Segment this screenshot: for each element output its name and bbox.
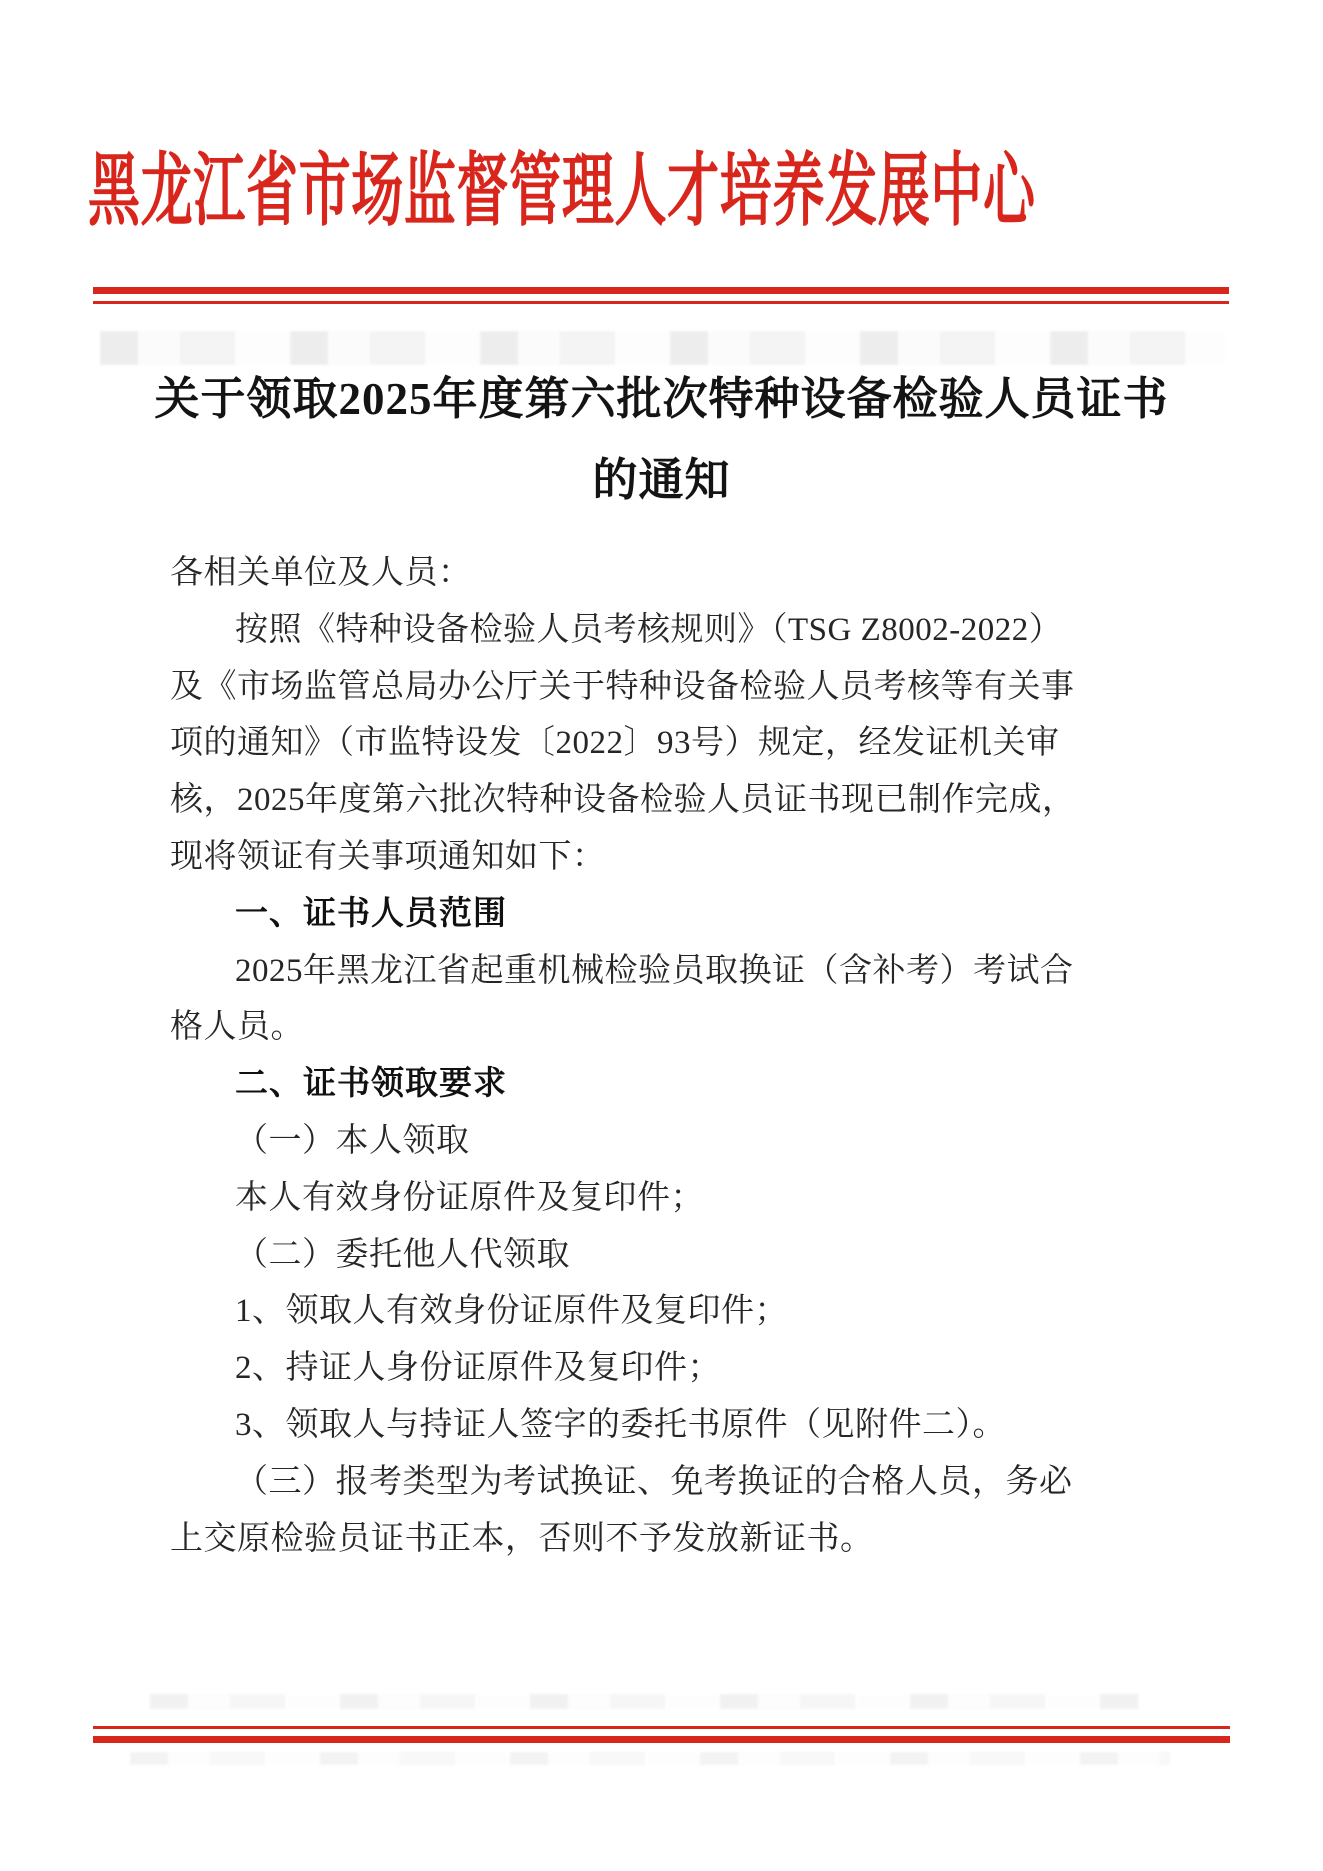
notice-document-page: 黑龙江省市场监督管理人才培养发展中心 关于领取2025年度第六批次特种设备检验人… (0, 0, 1323, 1871)
footer-rule-thin (93, 1726, 1230, 1729)
letterhead-rule-top-thick (93, 287, 1229, 294)
body-line: 各相关单位及人员： (170, 545, 970, 602)
body-line: （二）委托他人代领取 (170, 1227, 970, 1284)
body-line: 核，2025年度第六批次特种设备检验人员证书现已制作完成， (170, 772, 970, 829)
body-line: 上交原检验员证书正本，否则不予发放新证书。 (170, 1511, 970, 1568)
body-line: 按照《特种设备检验人员考核规则》（TSG Z8002-2022） (170, 602, 970, 659)
body-line: （一）本人领取 (170, 1113, 970, 1170)
body-line: 现将领证有关事项通知如下： (170, 829, 970, 886)
body-line: 项的通知》（市监特设发〔2022〕93号）规定，经发证机关审 (170, 715, 970, 772)
notice-title-line2: 的通知 (0, 453, 1323, 507)
body-line: 3、领取人与持证人签字的委托书原件（见附件二）。 (170, 1397, 970, 1454)
body-line: 2025年黑龙江省起重机械检验员取换证（含补考）考试合 (170, 943, 970, 1000)
notice-body: 各相关单位及人员：按照《特种设备检验人员考核规则》（TSG Z8002-2022… (170, 545, 970, 1567)
footer-rule-thick (93, 1736, 1230, 1743)
body-line: （三）报考类型为考试换证、免考换证的合格人员，务必 (170, 1454, 970, 1511)
body-line: 本人有效身份证原件及复印件； (170, 1170, 970, 1227)
letterhead-rule-top-thin (93, 301, 1229, 304)
scan-artifact-band-footer (130, 1752, 1170, 1765)
body-line: 二、证书领取要求 (170, 1056, 970, 1113)
body-line: 1、领取人有效身份证原件及复印件； (170, 1283, 970, 1340)
body-line: 一、证书人员范围 (170, 886, 970, 943)
body-line: 格人员。 (170, 999, 970, 1056)
body-line: 及《市场监管总局办公厅关于特种设备检验人员考核等有关事 (170, 659, 970, 716)
letterhead-org-name: 黑龙江省市场监督管理人才培养发展中心 (88, 146, 1036, 238)
body-line: 2、持证人身份证原件及复印件； (170, 1340, 970, 1397)
scan-artifact-band-bottom (150, 1694, 1140, 1709)
scan-artifact-band-top (100, 331, 1225, 365)
notice-title-line1: 关于领取2025年度第六批次特种设备检验人员证书 (0, 372, 1323, 426)
